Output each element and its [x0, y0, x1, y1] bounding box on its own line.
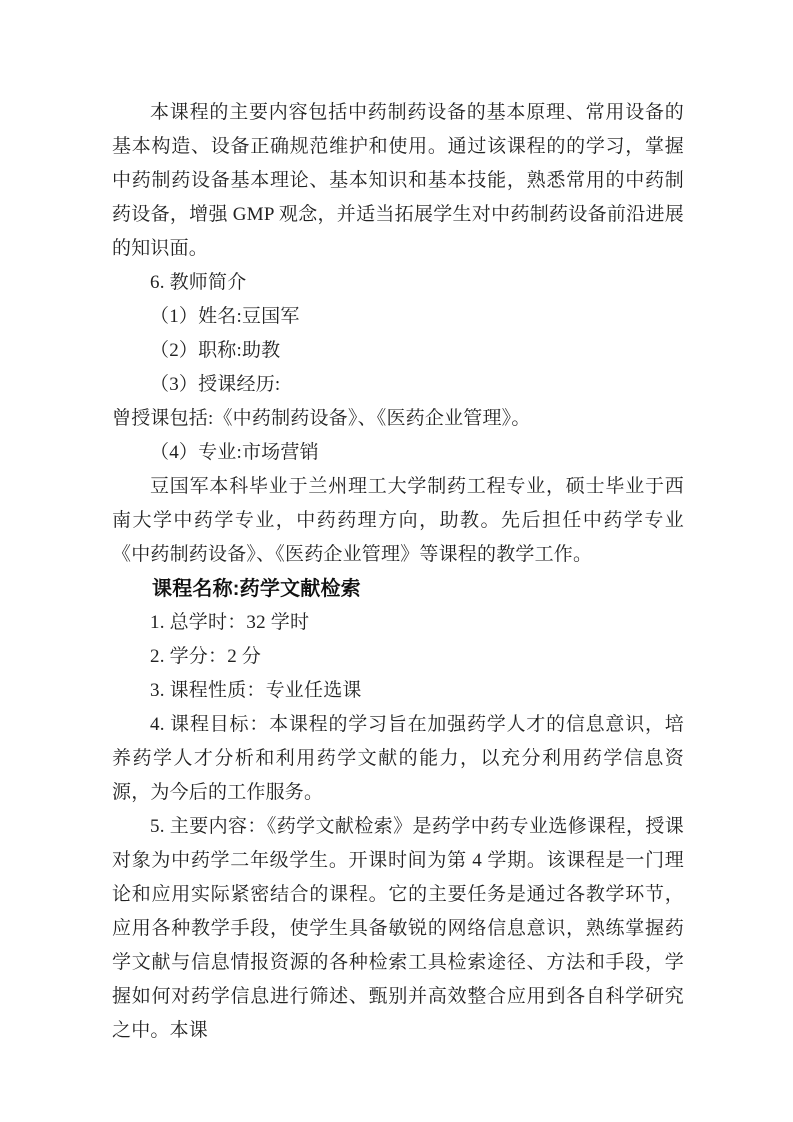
line-courses-taught: 曾授课包括:《中药制药设备》、《医药企业管理》。: [112, 402, 684, 436]
document-page: 本课程的主要内容包括中药制药设备的基本原理、常用设备的基本构造、设备正确规范维护…: [0, 0, 793, 1122]
paragraph-teacher-bio: 豆国军本科毕业于兰州理工大学制药工程专业，硕士毕业于西南大学中药学专业，中药药理…: [112, 470, 684, 572]
line-teacher-name: （1）姓名:豆国军: [112, 300, 684, 334]
paragraph-course-summary: 本课程的主要内容包括中药制药设备的基本原理、常用设备的基本构造、设备正确规范维护…: [112, 96, 684, 266]
document-content: 本课程的主要内容包括中药制药设备的基本原理、常用设备的基本构造、设备正确规范维护…: [112, 96, 684, 1048]
line-total-hours: 1. 总学时：32 学时: [112, 606, 684, 640]
line-teacher-intro-heading: 6. 教师简介: [112, 266, 684, 300]
line-credits: 2. 学分：2 分: [112, 640, 684, 674]
paragraph-course-main-content: 5. 主要内容：《药学文献检索》是药学中药专业选修课程，授课对象为中药学二年级学…: [112, 810, 684, 1048]
paragraph-course-objective: 4. 课程目标：本课程的学习旨在加强药学人才的信息意识，培养药学人才分析和利用药…: [112, 708, 684, 810]
line-teacher-title: （2）职称:助教: [112, 334, 684, 368]
course-title-heading: 课程名称:药学文献检索: [112, 572, 684, 606]
line-teacher-major: （4）专业:市场营销: [112, 436, 684, 470]
line-teaching-experience-label: （3）授课经历:: [112, 368, 684, 402]
line-course-type: 3. 课程性质：专业任选课: [112, 674, 684, 708]
